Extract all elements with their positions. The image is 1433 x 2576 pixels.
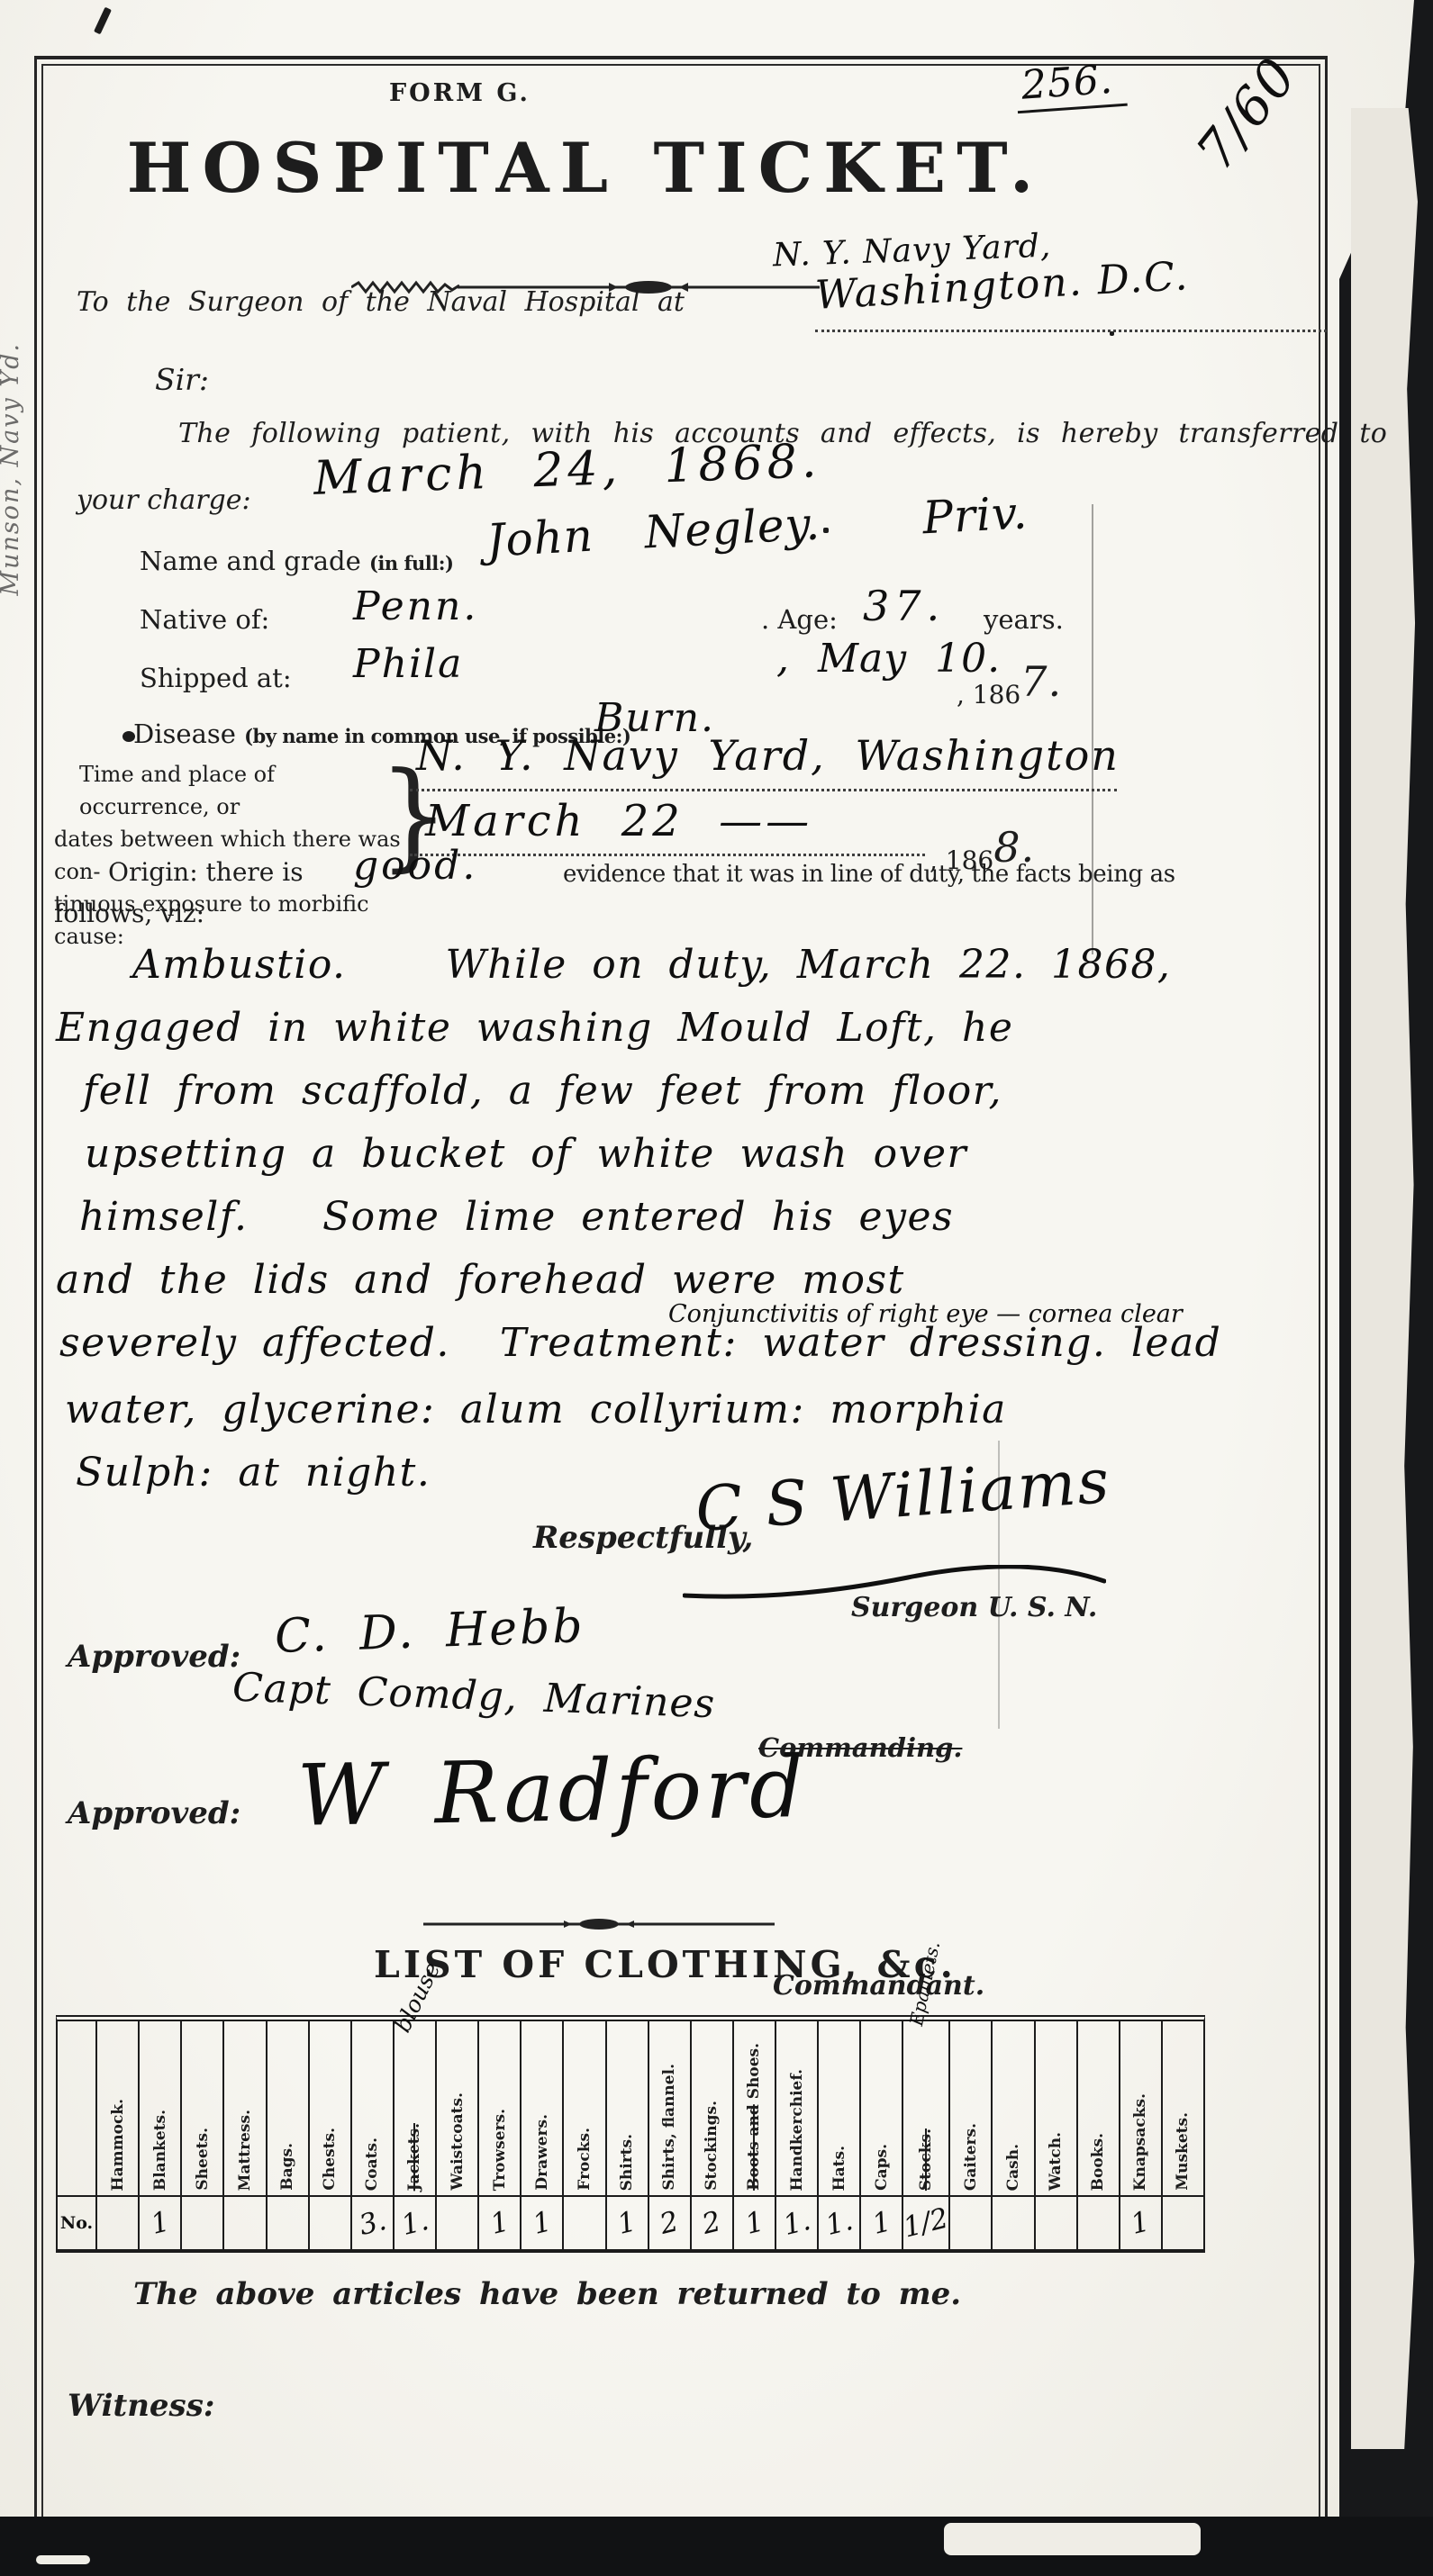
- narrative-line: fell from scaffold, a few feet from floo…: [56, 1068, 1209, 1131]
- clothing-quantity-cell: 2: [692, 2195, 732, 2249]
- clothing-column: Boots and Shoes.1: [732, 2021, 775, 2249]
- clothing-column: Caps.1: [859, 2021, 902, 2249]
- clothing-item-label: Coats.: [363, 2138, 381, 2191]
- ink-speck: [122, 731, 135, 742]
- clothing-header-cell: Shirts, flannel.: [649, 2021, 690, 2195]
- hebb-signature: C. D. Hebb: [274, 1599, 585, 1664]
- clothing-column: Frocks.: [562, 2021, 604, 2249]
- clothing-header-cell: Hammock.: [97, 2021, 138, 2195]
- clothing-quantity-cell: 1: [607, 2195, 648, 2249]
- native-of-label: Native of:: [140, 604, 269, 635]
- clothing-header-cell: Drawers.: [522, 2021, 562, 2195]
- clothing-header-cell: Chests.: [310, 2021, 350, 2195]
- clothing-item-label: Chests.: [321, 2128, 339, 2191]
- clothing-item-label: Hammock.: [109, 2099, 127, 2191]
- clothing-quantity-cell: [993, 2195, 1033, 2249]
- clothing-header-cell: Trowsers.: [479, 2021, 520, 2195]
- clothing-column: Knapsacks.1: [1119, 2021, 1161, 2249]
- clothing-column: Shirts.1: [605, 2021, 648, 2249]
- native-of-value-handwritten: Penn.: [353, 583, 478, 629]
- approved-label-1: Approved:: [68, 1639, 240, 1675]
- clothing-quantity-cell: [1078, 2195, 1119, 2249]
- radford-signature: W Radford: [296, 1739, 808, 1846]
- clothing-quantity-cell: [310, 2195, 350, 2249]
- clothing-quantity-handwritten: 1: [869, 2205, 894, 2241]
- clothing-header-cell: Handkerchief.: [776, 2021, 817, 2195]
- clothing-header-cell: Coats.: [352, 2021, 393, 2195]
- clothing-item-label: Watch.: [1047, 2132, 1065, 2191]
- clothing-header-cell: Boots and Shoes.: [734, 2021, 775, 2195]
- clothing-quantity-cell: 1.: [819, 2195, 859, 2249]
- clothing-header-cell: Gaiters.: [950, 2021, 991, 2195]
- clothing-header-cell: Caps.: [861, 2021, 902, 2195]
- clothing-column: Cash.: [991, 2021, 1033, 2249]
- clothing-item-label: Knapsacks.: [1131, 2093, 1149, 2191]
- clothing-quantity-cell: [950, 2195, 991, 2249]
- clothing-header-cell: Books.: [1078, 2021, 1119, 2195]
- approved-label-2: Approved:: [68, 1795, 240, 1831]
- clothing-item-label: Sheets.: [194, 2128, 212, 2191]
- clothing-header-cell: Sheets.: [182, 2021, 222, 2195]
- clothing-header-cell: Frocks.: [564, 2021, 604, 2195]
- clothing-item-label: Jackets.: [405, 2123, 423, 2191]
- clothing-item-label: Drawers.: [533, 2114, 551, 2191]
- clothing-column: Hammock.: [95, 2021, 138, 2249]
- clothing-quantity-cell: 3.: [352, 2195, 393, 2249]
- age-label: . Age:: [761, 604, 838, 635]
- clothing-header-cell: Hats.: [819, 2021, 859, 2195]
- adjacent-page-edge: [1351, 108, 1418, 2449]
- scan-background-bottom: [0, 2517, 1433, 2576]
- clothing-item-label: Frocks.: [576, 2128, 594, 2191]
- intro-line-2: your charge:: [77, 484, 251, 516]
- torn-paper-fragment: [36, 2555, 90, 2564]
- ink-speck: [1110, 331, 1114, 336]
- clothing-quantity-handwritten: 1.: [398, 2204, 431, 2242]
- clothing-list-heading: LIST OF CLOTHING, &c.: [374, 1943, 957, 1986]
- clothing-column: Bags.: [266, 2021, 308, 2249]
- clothing-quantity-handwritten: 3.: [356, 2204, 389, 2242]
- occurrence-place-handwritten: N. Y. Navy Yard, Washington: [416, 731, 1120, 780]
- clothing-quantity-cell: 1/2: [903, 2195, 948, 2249]
- clothing-header-cell: Watch.: [1036, 2021, 1076, 2195]
- clothing-item-label: Boots and Shoes.: [745, 2043, 763, 2191]
- clothing-quantity-cell: 1: [861, 2195, 902, 2249]
- clothing-quantity-handwritten: 1.: [822, 2204, 856, 2242]
- page-title: HOSPITAL TICKET.: [54, 128, 1117, 208]
- blank-dotted-line: [815, 330, 1327, 332]
- clothing-column: Trowsers.1: [477, 2021, 520, 2249]
- ink-speck: [823, 528, 829, 533]
- disease-label-text: Disease: [133, 719, 236, 749]
- clothing-quantity-cell: [564, 2195, 604, 2249]
- clothing-column-no: No.: [58, 2021, 95, 2249]
- clothing-item-label: Shirts, flannel.: [660, 2064, 678, 2191]
- clothing-header-cell: Stocks.: [903, 2021, 948, 2195]
- origin-printed-rest: evidence that it was in line of duty, th…: [563, 861, 1175, 888]
- narrative-line: himself. Some lime entered his eyes: [56, 1194, 1209, 1257]
- addressee-printed-line: To the Surgeon of the Naval Hospital at: [77, 286, 685, 318]
- clothing-quantity-cell: 1: [522, 2195, 562, 2249]
- clothing-quantity-handwritten: 1.: [780, 2204, 813, 2242]
- clothing-column: Blankets.1: [138, 2021, 180, 2249]
- clothing-quantity-cell: 1: [140, 2195, 180, 2249]
- clothing-column: Jackets.blouse1.: [393, 2021, 435, 2249]
- clothing-header-cell: Cash.: [993, 2021, 1033, 2195]
- narrative-lines: Ambustio. While on duty, March 22. 1868,…: [56, 942, 1209, 1513]
- clothing-quantity-cell: 1: [734, 2195, 775, 2249]
- origin-label: Origin: there is: [108, 857, 304, 887]
- name-label-paren: (in full:): [369, 552, 453, 574]
- clothing-item-label: Books.: [1089, 2133, 1107, 2191]
- clothing-header-cell: Muskets.: [1163, 2021, 1203, 2195]
- clothing-column: Books.: [1076, 2021, 1119, 2249]
- clothing-item-label: Stocks.: [917, 2129, 935, 2191]
- surgeon-title-printed: Surgeon U. S. N.: [851, 1592, 1097, 1623]
- age-value-handwritten: 37.: [863, 582, 945, 630]
- narrative-line: water, glycerine: alum collyrium: morphi…: [56, 1387, 1209, 1450]
- clothing-item-label: Waistcoats.: [449, 2092, 467, 2191]
- clothing-column: Stocks.Epaulets.1/2: [902, 2021, 948, 2249]
- clothing-quantity-cell: [437, 2195, 477, 2249]
- clothing-quantity-handwritten: 1: [614, 2205, 639, 2241]
- clothing-header-cell: Shirts.: [607, 2021, 648, 2195]
- clothing-row-label: No.: [58, 2195, 95, 2249]
- scanned-document-photo: FORM G. 256. 7/60 HOSPITAL TICKET. N. Y.…: [0, 0, 1433, 2576]
- torn-paper-fragment: [944, 2523, 1201, 2555]
- clothing-column: Handkerchief.1.: [775, 2021, 817, 2249]
- clothing-item-label: Trowsers.: [491, 2109, 509, 2191]
- clothing-quantity-handwritten: 1: [148, 2205, 173, 2241]
- clothing-header-cell: [58, 2021, 95, 2195]
- clothing-quantity-handwritten: 2: [699, 2205, 724, 2241]
- salutation: Sir:: [155, 362, 209, 397]
- clothing-column: Waistcoats.: [435, 2021, 477, 2249]
- clothing-item-label: Cash.: [1004, 2144, 1022, 2191]
- clothing-item-label: Bags.: [278, 2143, 296, 2191]
- clothing-column: Shirts, flannel.2: [648, 2021, 690, 2249]
- narrative-interline-handwritten: Conjunctivitis of right eye — cornea cle…: [668, 1300, 1183, 1328]
- clothing-column: Watch.: [1034, 2021, 1076, 2249]
- clothing-item-label: Gaiters.: [962, 2123, 980, 2191]
- clothing-quantity-cell: [1036, 2195, 1076, 2249]
- clothing-quantity-cell: 2: [649, 2195, 690, 2249]
- occurrence-date-handwritten: March 22 ——: [425, 796, 812, 846]
- clothing-column: Sheets.: [180, 2021, 222, 2249]
- clothing-quantity-cell: 1: [479, 2195, 520, 2249]
- clothing-header-cell: Bags.: [268, 2021, 308, 2195]
- clothing-item-label: Muskets.: [1174, 2112, 1192, 2191]
- age-years-suffix: years.: [984, 604, 1064, 635]
- clothing-quantity-cell: 1.: [776, 2195, 817, 2249]
- shipped-year: , 1867.: [957, 664, 1062, 713]
- clothing-quantity-cell: [268, 2195, 308, 2249]
- form-number-label: FORM G.: [389, 79, 531, 107]
- clothing-header-cell: Waistcoats.: [437, 2021, 477, 2195]
- narrative-line: severely affected. Treatment: water dres…: [56, 1320, 1209, 1387]
- clothing-item-label: Blankets.: [151, 2110, 169, 2191]
- clothing-quantity-cell: 1.: [395, 2195, 435, 2249]
- clothing-quantity-handwritten: 1: [530, 2205, 555, 2241]
- clothing-item-label: Shirts.: [618, 2134, 636, 2191]
- clothing-item-label: Mattress.: [236, 2110, 254, 2191]
- clothing-column: Drawers.1: [520, 2021, 562, 2249]
- clothing-quantity-handwritten: 1: [487, 2205, 512, 2241]
- clothing-quantity-handwritten: 1: [742, 2205, 767, 2241]
- no-label: No.: [60, 2213, 93, 2233]
- shipped-year-handwritten: 7.: [1020, 657, 1062, 706]
- clothing-quantity-cell: [97, 2195, 138, 2249]
- shipped-at-label: Shipped at:: [140, 663, 292, 693]
- origin-value-handwritten: good.: [353, 843, 477, 889]
- clothing-column: Coats.3.: [350, 2021, 393, 2249]
- clothing-item-label: Hats.: [830, 2146, 848, 2191]
- clothing-column: Mattress.: [222, 2021, 265, 2249]
- clothing-quantity-cell: [182, 2195, 222, 2249]
- name-label-text: Name and grade: [140, 546, 361, 576]
- clothing-header-cell: Blankets.: [140, 2021, 180, 2195]
- ornamental-divider-icon: [423, 1916, 775, 1932]
- clothing-table: No. Hammock.Blankets.1Sheets.Mattress.Ba…: [56, 2015, 1205, 2253]
- narrative-line: Engaged in white washing Mould Loft, he: [56, 1005, 1209, 1068]
- origin-follows-viz: follows, viz:: [54, 899, 204, 928]
- shipped-year-printed: , 186: [957, 680, 1020, 710]
- returned-articles-line: The above articles have been returned to…: [133, 2276, 961, 2312]
- shipped-at-value-handwritten: Phila: [353, 641, 463, 687]
- clothing-quantity-handwritten: 1: [1128, 2205, 1153, 2241]
- clothing-header-cell: Knapsacks.: [1120, 2021, 1161, 2195]
- narrative-line: upsetting a bucket of white wash over: [56, 1131, 1209, 1194]
- ticket-number-handwritten: 256.: [1014, 56, 1128, 113]
- clothing-header-cell: Stockings.: [692, 2021, 732, 2195]
- occurrence-label-line1: Time and place of occurrence, or: [54, 758, 407, 823]
- clothing-column: Stockings.2: [690, 2021, 732, 2249]
- blank-dotted-line: [410, 854, 925, 856]
- narrative-line: Ambustio. While on duty, March 22. 1868,: [56, 942, 1209, 1005]
- blank-dotted-line: [410, 789, 1117, 791]
- clothing-item-label: Handkerchief.: [788, 2069, 806, 2192]
- clothing-item-label: Caps.: [873, 2144, 891, 2191]
- name-grade-label: Name and grade (in full:): [140, 546, 453, 576]
- clothing-column: Gaiters.: [948, 2021, 991, 2249]
- clothing-header-cell: Mattress.: [224, 2021, 265, 2195]
- clothing-column: Chests.: [308, 2021, 350, 2249]
- margin-note-handwritten: Munson, Navy Yd.: [0, 342, 24, 596]
- witness-label: Witness:: [68, 2388, 214, 2424]
- clothing-item-label: Stockings.: [703, 2101, 721, 2191]
- clothing-column: Muskets.: [1161, 2021, 1203, 2249]
- clothing-quantity-cell: [224, 2195, 265, 2249]
- clothing-quantity-cell: 1: [1120, 2195, 1161, 2249]
- clothing-quantity-handwritten: 1/2: [901, 2201, 952, 2244]
- clothing-quantity-cell: [1163, 2195, 1203, 2249]
- clothing-column: Hats.1.: [817, 2021, 859, 2249]
- clothing-header-cell: Jackets.: [395, 2021, 435, 2195]
- clothing-quantity-handwritten: 2: [657, 2205, 682, 2241]
